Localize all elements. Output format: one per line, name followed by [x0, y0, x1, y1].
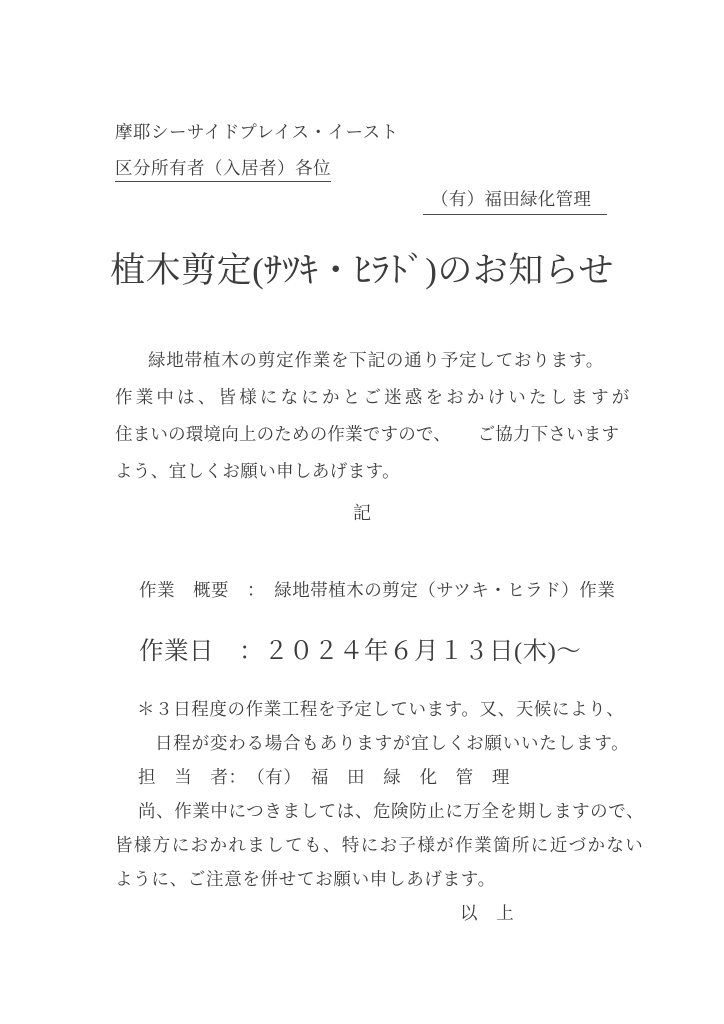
closing-marker: 以 上: [115, 896, 640, 930]
intro-line: 住まいの環境向上のための作業ですので、 ご協力下さいます: [115, 416, 640, 453]
caution-line: 皆様方におかれましても、特にお子様が作業箇所に近づかない: [115, 828, 640, 862]
recipient-block: 摩耶シーサイドプレイス・イースト 区分所有者（入居者）各位: [115, 114, 399, 186]
intro-paragraph: 緑地帯植木の剪定作業を下記の通り予定しております。 作業中は、皆様になにかとご迷…: [115, 342, 640, 490]
record-marker: 記: [0, 499, 724, 525]
work-date-line: 作業日 ：２０２４年６月１３日(木)～: [139, 632, 581, 667]
building-name: 摩耶シーサイドプレイス・イースト: [115, 114, 399, 150]
document-title: 植木剪定(ｻﾂｷ・ﾋﾗﾄﾞ)のお知らせ: [0, 245, 724, 297]
caution-line: 尚、作業中につきましては、危険防止に万全を期しますので、: [115, 794, 640, 828]
intro-line: 緑地帯植木の剪定作業を下記の通り予定しております。: [115, 342, 640, 379]
notes-section: ＊３日程度の作業工程を予定しています。又、天候により、 日程が変わる場合もありま…: [115, 692, 640, 930]
note-line-schedule: ＊３日程度の作業工程を予定しています。又、天候により、: [115, 692, 640, 726]
intro-line: よう、宜しくお願い申しあげます。: [115, 453, 640, 490]
note-line-schedule-cont: 日程が変わる場合もありますが宜しくお願いいたします。: [115, 726, 640, 760]
work-overview-line: 作業 概要 ： 緑地帯植木の剪定（サツキ・ヒラド）作業: [139, 577, 615, 602]
notice-document: 摩耶シーサイドプレイス・イースト 区分所有者（入居者）各位 （有）福田緑化管理 …: [0, 0, 724, 1024]
staff-line: 担 当 者： （有） 福 田 緑 化 管 理: [115, 760, 640, 794]
sender-name: （有）福田緑化管理: [423, 188, 607, 215]
recipient-line: 区分所有者（入居者）各位: [115, 157, 331, 182]
caution-line: ように、ご注意を併せてお願い申しあげます。: [115, 862, 640, 896]
sender-block: （有）福田緑化管理: [423, 188, 607, 215]
intro-line: 作業中は、皆様になにかとご迷惑をおかけいたしますが: [115, 379, 640, 416]
